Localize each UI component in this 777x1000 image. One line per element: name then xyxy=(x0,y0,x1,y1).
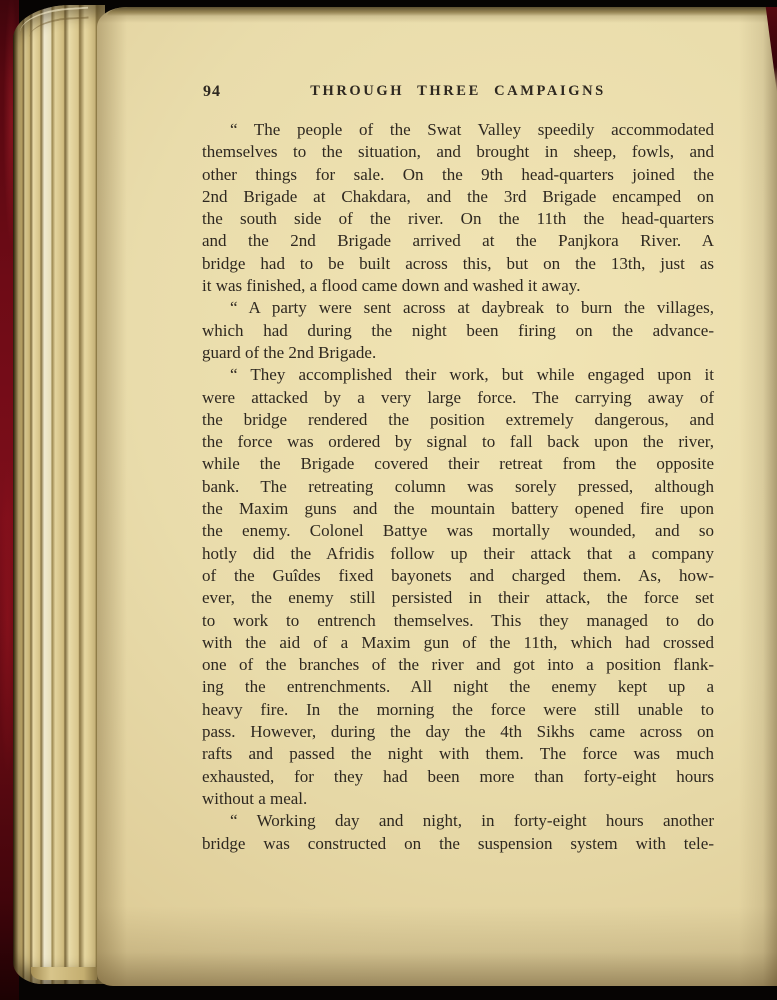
text-line: it was finished, a flood came down and w… xyxy=(202,275,714,297)
page-edge-arc xyxy=(29,16,90,37)
text-line: guard of the 2nd Brigade. xyxy=(202,342,714,364)
text-line: “ The people of the Swat Valley speedily… xyxy=(202,119,714,141)
text-line: the Maxim guns and the mountain battery … xyxy=(202,498,714,520)
text-line: 2nd Brigade at Chakdara, and the 3rd Bri… xyxy=(202,186,714,208)
text-line: pass. However, during the day the 4th Si… xyxy=(202,721,714,743)
text-line: rafts and passed the night with them. Th… xyxy=(202,743,714,765)
page-header: 94 THROUGH THREE CAMPAIGNS xyxy=(202,83,714,105)
text-line: to work to entrench themselves. This the… xyxy=(202,610,714,632)
text-line: without a meal. xyxy=(202,788,714,810)
text-line: ever, the enemy still persisted in their… xyxy=(202,587,714,609)
book-page: 94 THROUGH THREE CAMPAIGNS “ The people … xyxy=(97,7,777,986)
text-line: heavy fire. In the morning the force wer… xyxy=(202,699,714,721)
page-top-edge xyxy=(107,7,769,16)
text-line: while the Brigade covered their retreat … xyxy=(202,453,714,475)
page-number: 94 xyxy=(203,83,221,101)
text-line: one of the branches of the river and got… xyxy=(202,654,714,676)
text-line: bank. The retreating column was sorely p… xyxy=(202,476,714,498)
text-line: were attacked by a very large force. The… xyxy=(202,387,714,409)
text-line: bridge had to be built across this, but … xyxy=(202,253,714,275)
page-edge-arc xyxy=(18,7,89,34)
text-line: which had during the night been firing o… xyxy=(202,320,714,342)
text-line: other things for sale. On the 9th head-q… xyxy=(202,164,714,186)
text-line: of the Guîdes fixed bayonets and charged… xyxy=(202,565,714,587)
text-line: and the 2nd Brigade arrived at the Panjk… xyxy=(202,230,714,252)
text-line: the enemy. Colonel Battye was mortally w… xyxy=(202,520,714,542)
text-line: the south side of the river. On the 11th… xyxy=(202,208,714,230)
text-line: “ A party were sent across at daybreak t… xyxy=(202,297,714,319)
running-header: THROUGH THREE CAMPAIGNS xyxy=(202,83,714,100)
text-line: exhausted, for they had been more than f… xyxy=(202,766,714,788)
text-line: the bridge rendered the position extreme… xyxy=(202,409,714,431)
text-line: with the aid of a Maxim gun of the 11th,… xyxy=(202,632,714,654)
text-line: the force was ordered by signal to fall … xyxy=(202,431,714,453)
text-line: ing the entrenchments. All night the ene… xyxy=(202,676,714,698)
text-block: “ The people of the Swat Valley speedily… xyxy=(202,119,714,855)
text-line: bridge was constructed on the suspension… xyxy=(202,833,714,855)
text-line: themselves to the situation, and brought… xyxy=(202,141,714,163)
page-edge-step xyxy=(31,967,97,980)
text-line: hotly did the Afridis follow up their at… xyxy=(202,543,714,565)
text-line: “ They accomplished their work, but whil… xyxy=(202,364,714,386)
page-edges xyxy=(13,5,105,984)
book-scan: 94 THROUGH THREE CAMPAIGNS “ The people … xyxy=(0,0,777,1000)
cover-corner-top-right xyxy=(762,7,777,93)
text-line: “ Working day and night, in forty-eight … xyxy=(202,810,714,832)
